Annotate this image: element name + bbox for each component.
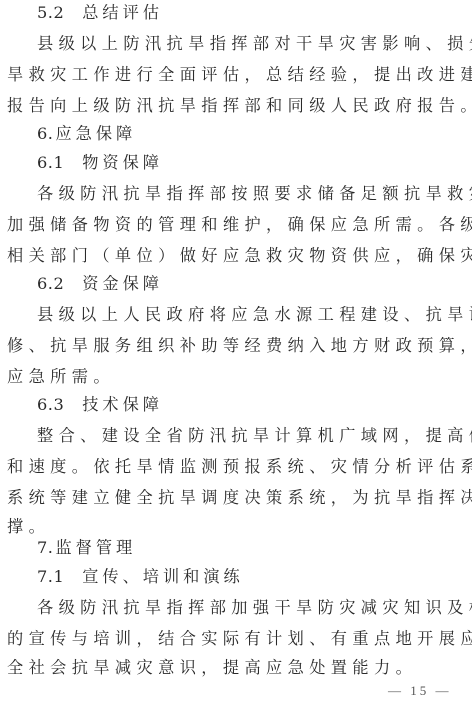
section-number: 6.3 xyxy=(37,395,64,414)
section-title: 物资保障 xyxy=(82,153,163,172)
paragraph-line: 整合、建设全省防汛抗旱计算机广域网，提高信息传输质量 xyxy=(37,426,472,446)
heading-6-2: 6.2资金保障 xyxy=(37,274,472,294)
paragraph-line: 撑。 xyxy=(7,517,465,537)
section-number: 7.1 xyxy=(37,567,64,586)
heading-7-1: 7.1宣传、培训和演练 xyxy=(37,567,472,587)
paragraph-line: 各级防汛抗旱指挥部加强干旱防灾减灾知识及相关法律法规 xyxy=(37,598,472,618)
paragraph-line: 系统等建立健全抗旱调度决策系统，为抗旱指挥决策提供技术支 xyxy=(7,488,465,508)
paragraph-line: 县级以上防汛抗旱指挥部对干旱灾害影响、损失情况以及抗 xyxy=(37,34,472,54)
paragraph-line: 相关部门（单位）做好应急救灾物资供应，确保灾区社会稳定。 xyxy=(7,246,465,266)
section-number: 6. xyxy=(37,124,53,143)
section-title: 应急保障 xyxy=(55,124,136,143)
section-title: 总结评估 xyxy=(82,3,163,22)
paragraph-line: 报告向上级防汛抗旱指挥部和同级人民政府报告。 xyxy=(7,96,465,116)
paragraph-line: 全社会抗旱减灾意识，提高应急处置能力。 xyxy=(7,658,465,678)
paragraph-line: 应急所需。 xyxy=(7,367,465,387)
paragraph-line: 的宣传与培训，结合实际有计划、有重点地开展应急演练，增强 xyxy=(7,629,465,649)
paragraph-line: 县级以上人民政府将应急水源工程建设、抗旱设备购置和维 xyxy=(37,305,472,325)
heading-6-3: 6.3技术保障 xyxy=(37,395,472,415)
section-number: 6.2 xyxy=(37,274,64,293)
section-title: 技术保障 xyxy=(82,395,163,414)
paragraph-line: 旱救灾工作进行全面评估，总结经验，提出改进建议，形成书面 xyxy=(7,65,465,85)
heading-7: 7.监督管理 xyxy=(37,538,472,558)
section-title: 资金保障 xyxy=(82,274,163,293)
section-title: 宣传、培训和演练 xyxy=(82,567,244,586)
section-number: 6.1 xyxy=(37,153,64,172)
section-title: 监督管理 xyxy=(55,538,136,557)
section-number: 5.2 xyxy=(37,3,64,22)
paragraph-line: 和速度。依托旱情监测预报系统、灾情分析评估系统、异地会商 xyxy=(7,457,465,477)
heading-5-2: 5.2总结评估 xyxy=(37,3,472,23)
section-number: 7. xyxy=(37,538,53,557)
document-page: 5.2总结评估 县级以上防汛抗旱指挥部对干旱灾害影响、损失情况以及抗 旱救灾工作… xyxy=(0,0,472,707)
heading-6: 6.应急保障 xyxy=(37,124,472,144)
heading-6-1: 6.1物资保障 xyxy=(37,153,472,173)
paragraph-line: 修、抗旱服务组织补助等经费纳入地方财政预算，确保抗旱救灾 xyxy=(7,336,465,356)
page-number: — 15 — xyxy=(388,683,452,699)
paragraph-line: 各级防汛抗旱指挥部按照要求储备足额抗旱救灾物资，平时 xyxy=(37,184,472,204)
paragraph-line: 加强储备物资的管理和维护，确保应急所需。各级人民政府组织 xyxy=(7,215,465,235)
